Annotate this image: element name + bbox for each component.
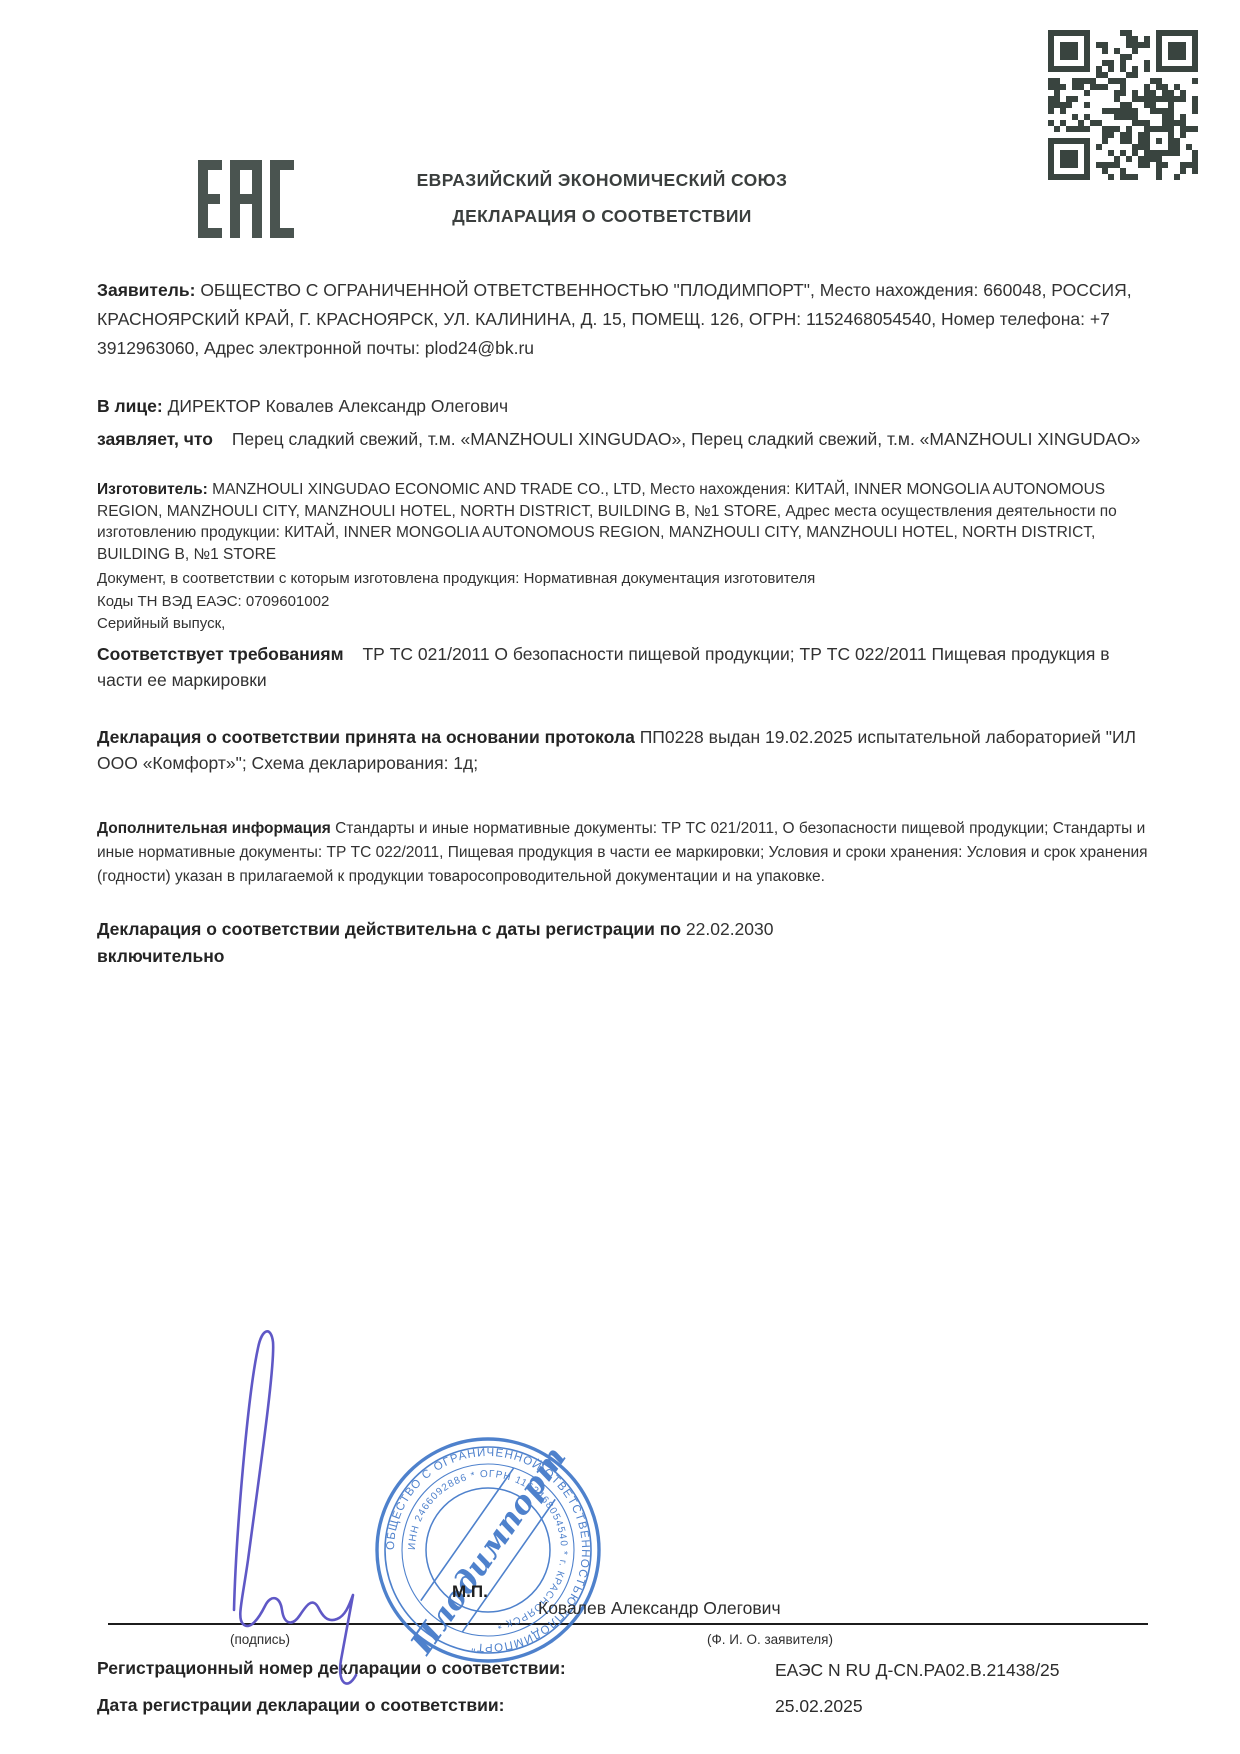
serial-release-line: Серийный выпуск, [97, 613, 1150, 635]
applicant-label: Заявитель: [97, 280, 195, 300]
registration-date-value: 25.02.2025 [775, 1696, 863, 1717]
mp-seal-place-label: М.П. [452, 1582, 488, 1602]
validity-suffix: включительно [97, 946, 224, 966]
declares-text: Перец сладкий свежий, т.м. «MANZHOULI XI… [232, 429, 1141, 449]
manufacturer-label: Изготовитель: [97, 481, 208, 498]
union-title: ЕВРАЗИЙСКИЙ ЭКОНОМИЧЕСКИЙ СОЮЗ [0, 170, 1222, 191]
applicant-text: ОБЩЕСТВО С ОГРАНИЧЕННОЙ ОТВЕТСТВЕННОСТЬЮ… [97, 280, 1132, 358]
applicant-paragraph: Заявитель: ОБЩЕСТВО С ОГРАНИЧЕННОЙ ОТВЕТ… [97, 276, 1150, 363]
compliance-label: Соответствует требованиям [97, 644, 344, 664]
company-round-stamp: ОБЩЕСТВО С ОГРАНИЧЕННОЙ ОТВЕТСТВЕННОСТЬЮ… [368, 1430, 608, 1670]
validity-date: 22.02.2030 [686, 919, 774, 939]
compliance-paragraph: Соответствует требованиям ТР ТС 021/2011… [97, 641, 1150, 693]
fio-caption: (Ф. И. О. заявителя) [660, 1632, 880, 1647]
basis-label: Декларация о соответствии принята на осн… [97, 727, 635, 747]
qr-code-icon [1048, 30, 1198, 180]
validity-paragraph: Декларация о соответствии действительна … [97, 916, 1150, 970]
additional-info-label: Дополнительная информация [97, 820, 331, 837]
declaration-document: ЕВРАЗИЙСКИЙ ЭКОНОМИЧЕСКИЙ СОЮЗ ДЕКЛАРАЦИ… [0, 0, 1240, 1754]
applicant-fullname: Ковалев Александр Олегович [538, 1598, 781, 1619]
validity-label: Декларация о соответствии действительна … [97, 919, 681, 939]
basis-paragraph: Декларация о соответствии принята на осн… [97, 724, 1150, 776]
declares-paragraph: заявляет, что Перец сладкий свежий, т.м.… [97, 427, 1150, 452]
additional-info-paragraph: Дополнительная информация Стандарты и ин… [97, 817, 1150, 889]
declares-label: заявляет, что [97, 429, 213, 449]
tnved-codes-line: Коды ТН ВЭД ЕАЭС: 0709601002 [97, 591, 1150, 613]
person-paragraph: В лице: ДИРЕКТОР Ковалев Александр Олего… [97, 393, 1150, 419]
page-title: ДЕКЛАРАЦИЯ О СООТВЕТСТВИИ [0, 206, 1222, 227]
person-text: ДИРЕКТОР Ковалев Александр Олегович [168, 396, 509, 416]
manufacturer-paragraph: Изготовитель: MANZHOULI XINGUDAO ECONOMI… [97, 479, 1150, 565]
registration-number-value: ЕАЭС N RU Д-CN.РА02.В.21438/25 [775, 1660, 1060, 1681]
handwritten-signature [190, 1318, 400, 1708]
manufacturer-text: MANZHOULI XINGUDAO ECONOMIC AND TRADE CO… [97, 481, 1117, 563]
person-label: В лице: [97, 396, 163, 416]
production-document-line: Документ, в соответствии с которым изгот… [97, 568, 1150, 590]
